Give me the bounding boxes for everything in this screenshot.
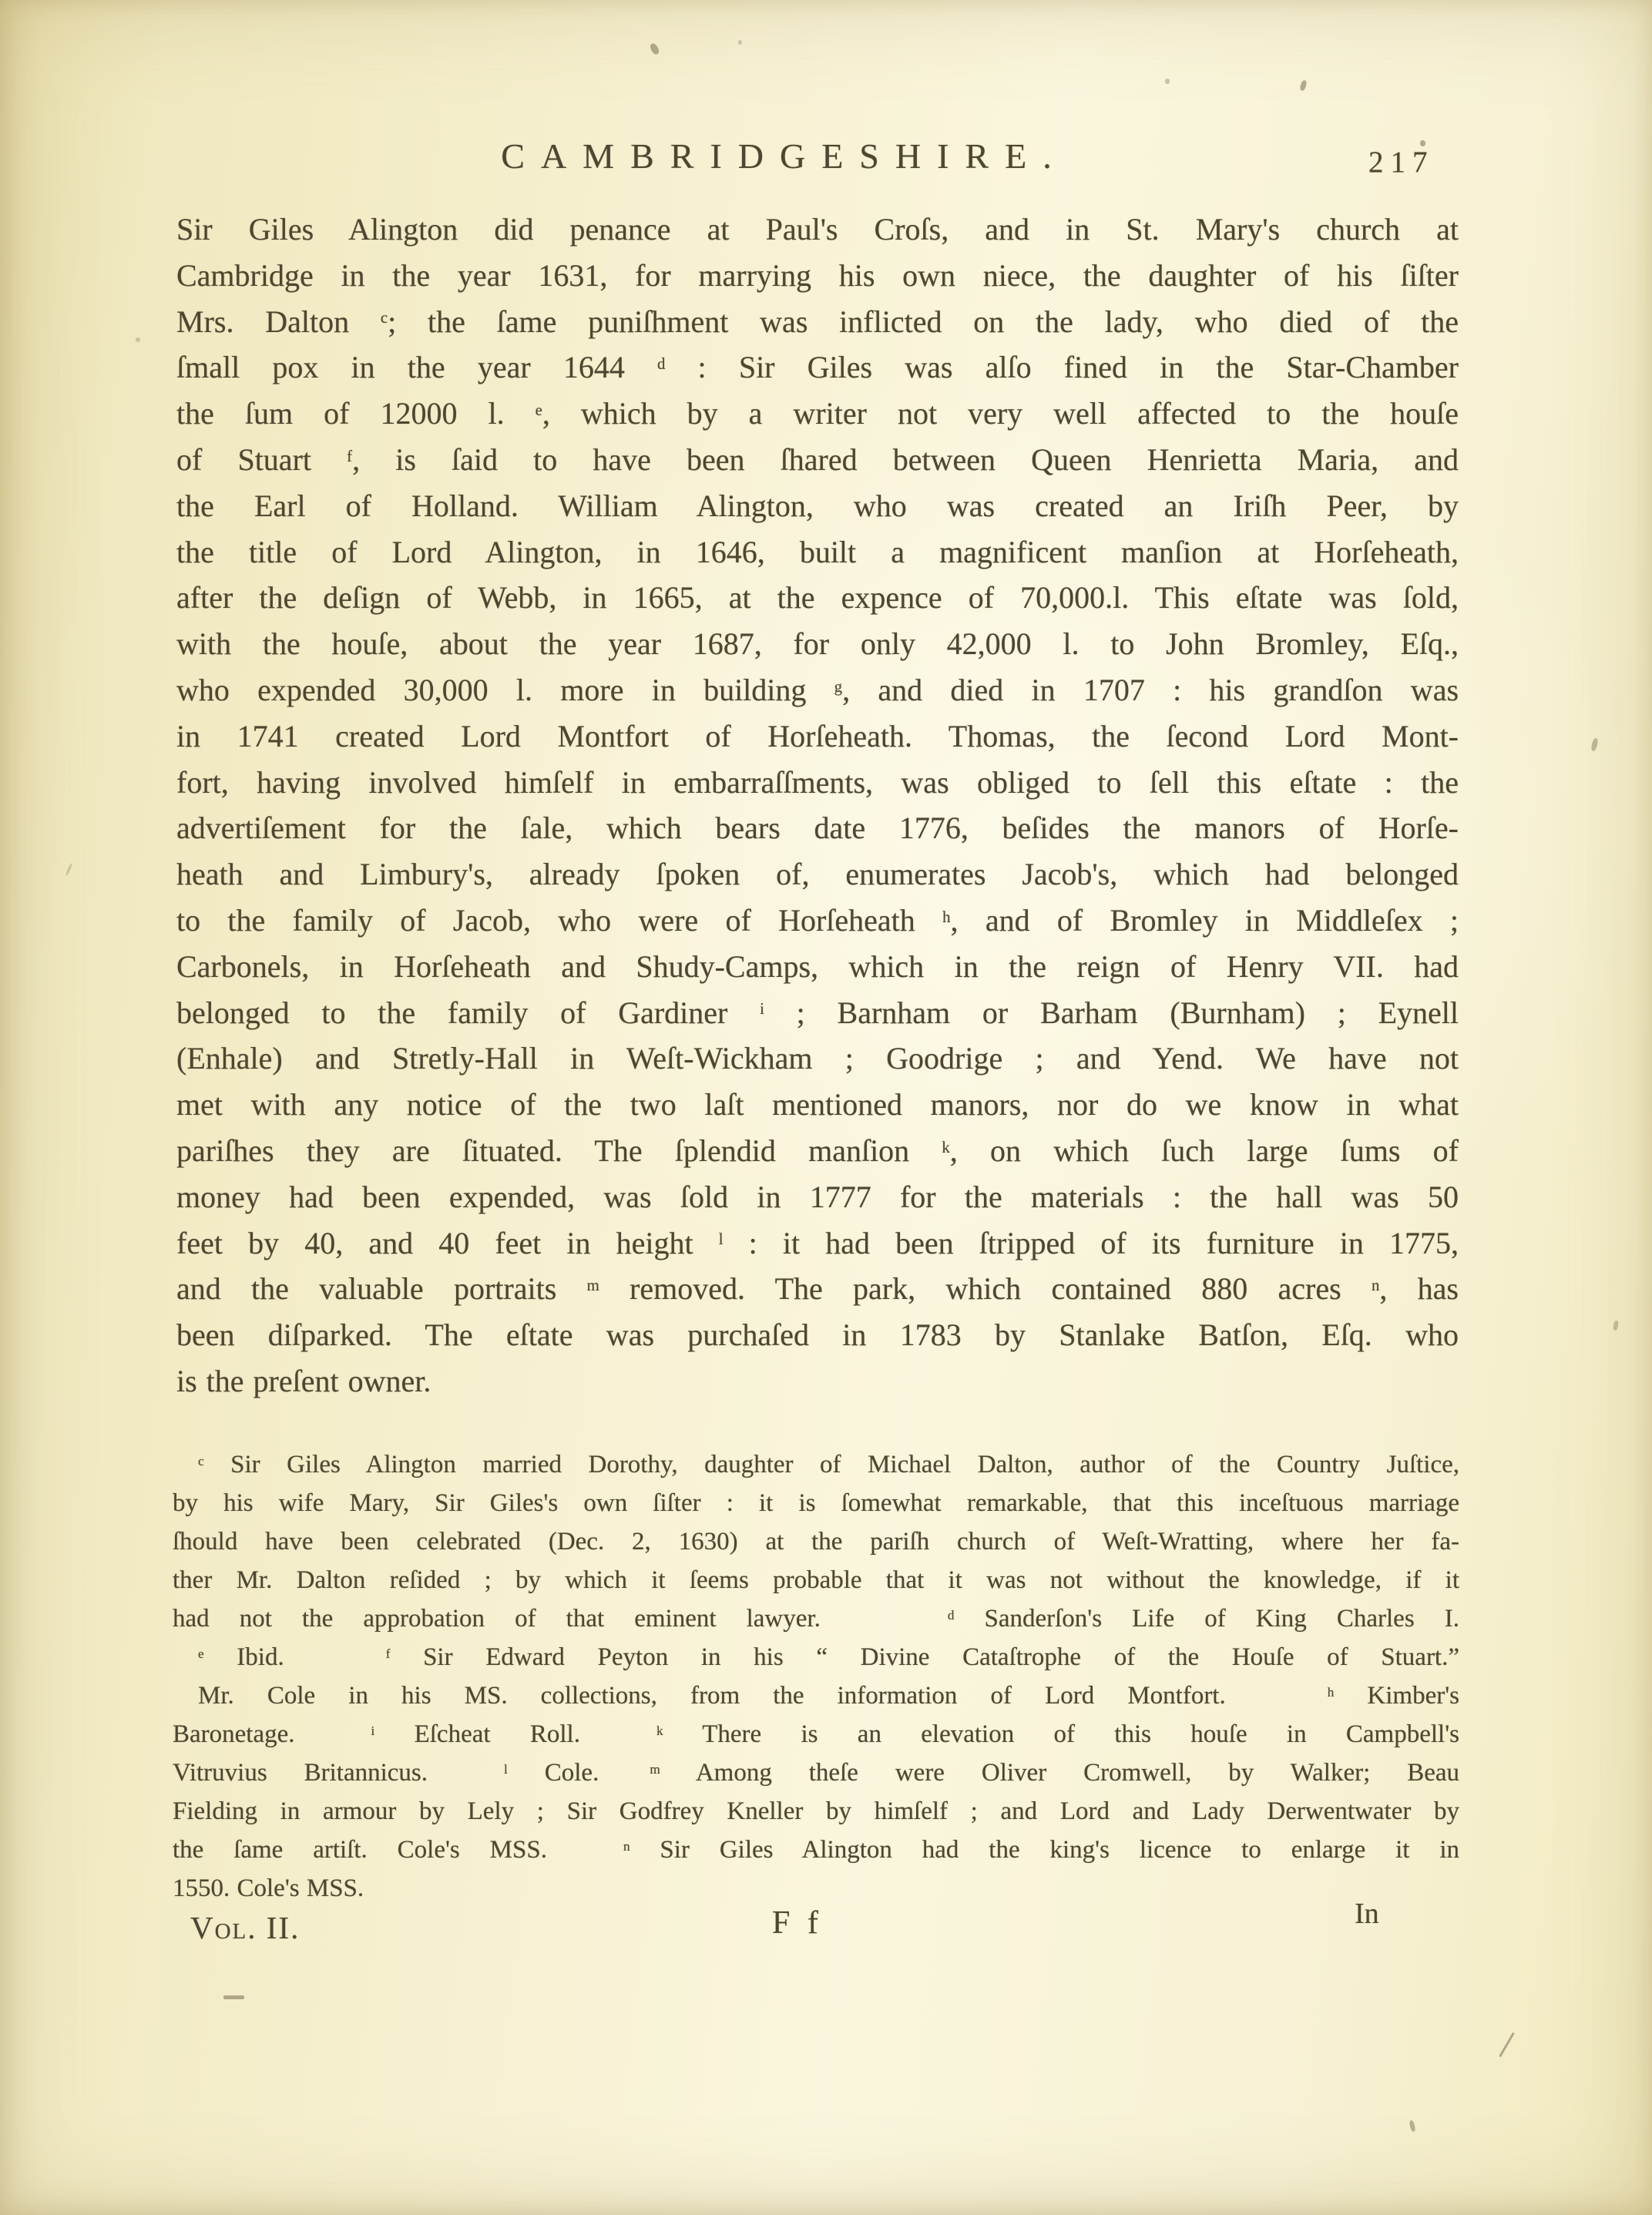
footnote-marker: e bbox=[536, 401, 542, 419]
scan-speck bbox=[1499, 2032, 1515, 2058]
text-line: in 1741 created Lord Montfort of Horſehe… bbox=[176, 713, 1459, 760]
text-line: met with any notice of the two laſt ment… bbox=[176, 1082, 1459, 1128]
scan-speck bbox=[1299, 79, 1308, 91]
text-line: by his wife Mary, Sir Giles's own ſiſter… bbox=[173, 1484, 1459, 1522]
footnote-marker: l bbox=[719, 1230, 724, 1248]
scan-speck bbox=[223, 1995, 244, 1999]
text-line: pariſhes they are ſituated. The ſplendid… bbox=[176, 1128, 1459, 1174]
book-page: CAMBRIDGESHIRE. 217 Sir Giles Alington d… bbox=[0, 0, 1652, 2215]
text-line: ther Mr. Dalton reſided ; by which it ſe… bbox=[173, 1561, 1459, 1599]
footnote-marker: k bbox=[942, 1139, 949, 1156]
text-line: the ſum of 12000 l. e, which by a writer… bbox=[176, 391, 1459, 437]
text-line: had not the approbation of that eminent … bbox=[173, 1599, 1459, 1638]
text-line: Mr. Cole in his MS. collections, from th… bbox=[173, 1676, 1459, 1715]
text-line: e Ibid. f Sir Edward Peyton in his “ Div… bbox=[173, 1638, 1459, 1676]
text-line: ſhould have been celebrated (Dec. 2, 163… bbox=[173, 1522, 1459, 1561]
scan-speck bbox=[1420, 140, 1425, 146]
footnotes: c Sir Giles Alington married Dorothy, da… bbox=[173, 1445, 1459, 1908]
text-line: fort, having involved himſelf in embarra… bbox=[176, 760, 1459, 806]
page-number: 217 bbox=[1368, 145, 1435, 180]
text-line: the Earl of Holland. William Alington, w… bbox=[176, 483, 1459, 529]
text-line: Cambridge in the year 1631, for marrying… bbox=[176, 253, 1459, 299]
text-line: heath and Limbury's, already ſpoken of, … bbox=[176, 851, 1459, 898]
text-line: of Stuart f, is ſaid to have been ſhared… bbox=[176, 437, 1459, 483]
text-line: ſmall pox in the year 1644 d : Sir Giles… bbox=[176, 344, 1459, 391]
footnote-marker: h bbox=[1328, 1685, 1335, 1700]
scan-speck bbox=[1590, 737, 1599, 751]
text-line: Fielding in armour by Lely ; Sir Godfrey… bbox=[173, 1792, 1459, 1831]
catchword: In bbox=[1355, 1897, 1379, 1931]
main-text: Sir Giles Alington did penance at Paul's… bbox=[176, 206, 1459, 1405]
footnote-marker: c bbox=[198, 1454, 204, 1468]
footnote-marker: i bbox=[371, 1723, 375, 1738]
text-line: (Enhale) and Stretly-Hall in Weſt-Wickha… bbox=[176, 1035, 1459, 1082]
text-line: Baronetage. i Eſcheat Roll. k There is a… bbox=[173, 1715, 1459, 1754]
footnote-marker: l bbox=[504, 1762, 508, 1777]
text-line: who expended 30,000 l. more in building … bbox=[176, 667, 1459, 713]
text-line: after the deſign of Webb, in 1665, at th… bbox=[176, 575, 1459, 621]
footnote-marker: k bbox=[656, 1723, 663, 1738]
footnote-marker: n bbox=[623, 1839, 630, 1854]
signature-mark: F f bbox=[772, 1905, 823, 1941]
scan-speck bbox=[738, 40, 742, 45]
scan-speck bbox=[1409, 2119, 1415, 2132]
text-line: with the houſe, about the year 1687, for… bbox=[176, 621, 1459, 667]
text-line: c Sir Giles Alington married Dorothy, da… bbox=[173, 1445, 1459, 1484]
scan-speck bbox=[65, 863, 73, 876]
text-line: Mrs. Dalton c; the ſame puniſhment was i… bbox=[176, 299, 1459, 345]
text-line: been diſparked. The eſtate was purchaſed… bbox=[176, 1312, 1459, 1358]
text-line: to the family of Jacob, who were of Horſ… bbox=[176, 898, 1459, 944]
scan-speck bbox=[1613, 1321, 1619, 1331]
text-line: 1550. Cole's MSS. bbox=[173, 1869, 1459, 1908]
text-line: feet by 40, and 40 feet in height l : it… bbox=[176, 1220, 1459, 1267]
footnote-marker: c bbox=[381, 309, 388, 327]
footnote-marker: m bbox=[587, 1277, 599, 1294]
running-title: CAMBRIDGESHIRE. bbox=[468, 136, 1100, 176]
footnote-marker: g bbox=[834, 678, 842, 696]
footnote-marker: m bbox=[650, 1762, 660, 1777]
footnote-marker: h bbox=[942, 908, 950, 926]
footnote-marker: f bbox=[347, 448, 352, 465]
text-line: is the preſent owner. bbox=[176, 1358, 1459, 1405]
scan-speck bbox=[649, 42, 660, 55]
footnote-marker: i bbox=[760, 1000, 764, 1018]
text-line: Carbonels, in Horſeheath and Shudy-Camps… bbox=[176, 944, 1459, 990]
footnote-marker: d bbox=[657, 355, 665, 373]
text-line: Vitruvius Britannicus. l Cole. m Among t… bbox=[173, 1754, 1459, 1792]
footnote-marker: f bbox=[386, 1646, 391, 1661]
text-line: money had been expended, was ſold in 177… bbox=[176, 1174, 1459, 1220]
footnote-marker: d bbox=[948, 1608, 955, 1623]
scan-speck bbox=[136, 337, 140, 342]
footnote-marker: n bbox=[1372, 1277, 1379, 1294]
text-line: advertiſement for the ſale, which bears … bbox=[176, 805, 1459, 851]
text-line: the ſame artiſt. Cole's MSS. n Sir Giles… bbox=[173, 1831, 1459, 1869]
scan-speck bbox=[1165, 79, 1170, 84]
text-line: the title of Lord Alington, in 1646, bui… bbox=[176, 529, 1459, 576]
volume-label: Vol. II. bbox=[190, 1909, 300, 1946]
text-line: Sir Giles Alington did penance at Paul's… bbox=[176, 206, 1459, 253]
text-line: belonged to the family of Gardiner i ; B… bbox=[176, 990, 1459, 1036]
text-line: and the valuable portraits m removed. Th… bbox=[176, 1266, 1459, 1312]
footnote-marker: e bbox=[198, 1646, 204, 1661]
